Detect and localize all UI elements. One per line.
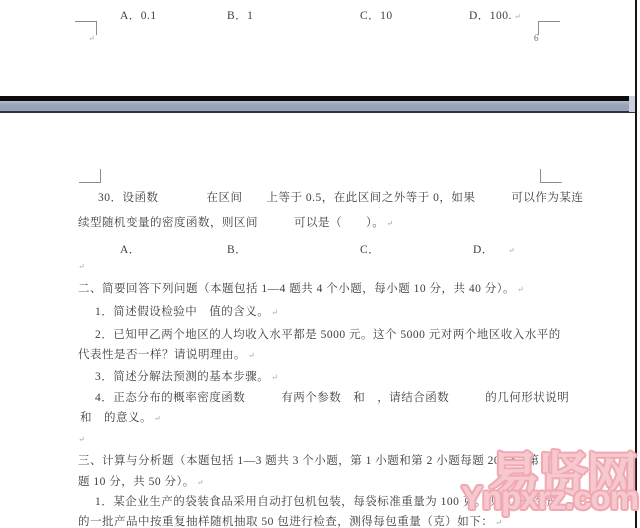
section-3-item-1-line-1: 1．某企业生产的袋装食品采用自动打包机包装，每袋标准重量为 100 克。现从某天… [95, 496, 559, 509]
paragraph-mark-icon: ↵ [508, 246, 515, 255]
section-2-item-4-line-2: 和 的意义。↵ [80, 412, 161, 425]
paragraph-mark-icon: ↵ [514, 12, 521, 21]
q30-option-d-label: D． [473, 244, 494, 256]
paragraph-mark-icon: ↵ [271, 373, 278, 382]
question-30-text: 30．设函数 在区间 上等于 0.5，在此区间之外等于 0，如果 可以作为某连 [98, 192, 583, 204]
paragraph-mark-icon: ↵ [154, 414, 161, 423]
window-right-border [635, 0, 637, 528]
paragraph-mark-icon: ↵ [248, 351, 255, 360]
section-3-header-line-1: 三、计算与分析题（本题包括 1—3 题共 3 个小题，第 1 小题和第 2 小题… [78, 455, 565, 468]
section-2-item-4-line-1: 4．正态分布的概率密度函数 有两个参数 和 ，请结合函数 的几何形状说明 [95, 392, 569, 405]
section-2-item-2-text: 代表性是否一样？请说明理由。 [78, 349, 246, 361]
margin-corner-bottom-right [538, 21, 560, 35]
section-2-item-1: 1．简述假设检验中 值的含义。↵ [95, 306, 278, 319]
section-2-item-3-text: 3．简述分解法预测的基本步骤。 [95, 371, 269, 383]
document-viewport: A．0.1 B．1 C．10 D．100.↵ ↵ 6 30．设函数 在区间 上等… [0, 0, 640, 528]
q30-option-b: B． [227, 241, 247, 257]
paragraph-mark-icon: ↵ [495, 518, 502, 527]
question-30-text: 续型随机变量的密度函数，则区间 可以是（ ）。 [78, 217, 384, 229]
section-3-header-text: 三、计算与分析题（本题包括 1—3 题共 3 个小题，第 1 小题和第 2 小题… [78, 455, 565, 467]
section-3-item-1-text: 的一批产品中按重复抽样随机抽取 50 包进行检查，测得每包重量（克）如下： [78, 516, 493, 528]
paragraph-mark-icon: ↵ [78, 262, 85, 271]
page-break-gap [0, 101, 635, 111]
section-3-header-line-2: 题 10 分，共 50 分）。↵ [78, 476, 203, 489]
paragraph-mark-icon: ↵ [517, 285, 524, 294]
section-2-header-text: 二、简要回答下列问题（本题包括 1—4 题共 4 个小题，每小题 10 分，共 … [78, 283, 515, 295]
question-30-line-2: 续型随机变量的密度函数，则区间 可以是（ ）。↵ [78, 217, 393, 230]
paragraph-mark-icon: ↵ [78, 435, 85, 444]
section-2-item-2-text: 2．已知甲乙两个地区的人均收入水平都是 5000 元。这个 5000 元对两个地… [95, 329, 561, 341]
page-number: 6 [534, 33, 539, 43]
q30-option-a: A． [120, 241, 141, 257]
section-2-item-2-line-2: 代表性是否一样？请说明理由。↵ [78, 349, 255, 362]
page-break-bottom-edge [0, 111, 635, 113]
section-2-item-1-text: 1．简述假设检验中 值的含义。 [95, 306, 269, 318]
answer-option-a: A．0.1 [120, 7, 157, 23]
section-2-item-4-text: 4．正态分布的概率密度函数 有两个参数 和 ，请结合函数 的几何形状说明 [95, 392, 569, 404]
paragraph-mark-icon: ↵ [271, 308, 278, 317]
section-2-header: 二、简要回答下列问题（本题包括 1—4 题共 4 个小题，每小题 10 分，共 … [78, 283, 524, 296]
section-2-item-2-line-1: 2．已知甲乙两个地区的人均收入水平都是 5000 元。这个 5000 元对两个地… [95, 329, 561, 342]
section-2-item-4-text: 和 的意义。 [80, 412, 152, 424]
section-3-item-1-text: 1．某企业生产的袋装食品采用自动打包机包装，每袋标准重量为 100 克。现从某天… [95, 496, 559, 508]
section-2-item-3: 3．简述分解法预测的基本步骤。↵ [95, 371, 278, 384]
margin-corner-top-left [79, 169, 101, 183]
paragraph-mark-icon: ↵ [88, 34, 95, 43]
paragraph-mark-icon: ↵ [386, 219, 393, 228]
section-3-item-1-line-2: 的一批产品中按重复抽样随机抽取 50 包进行检查，测得每包重量（克）如下：↵ [78, 516, 502, 528]
answer-option-b: B．1 [227, 7, 253, 23]
answer-option-d-label: D．100. [469, 10, 512, 22]
answer-option-c: C．10 [360, 7, 393, 23]
q30-option-c: C． [360, 241, 380, 257]
margin-corner-top-right [540, 169, 562, 183]
margin-corner-bottom-left [75, 21, 97, 35]
q30-option-d: D．↵ [473, 241, 515, 257]
section-3-header-text: 题 10 分，共 50 分）。 [78, 476, 195, 488]
answer-option-d: D．100.↵ [469, 7, 521, 23]
paragraph-mark-icon: ↵ [197, 478, 204, 487]
question-30-line-1: 30．设函数 在区间 上等于 0.5，在此区间之外等于 0，如果 可以作为某连 [98, 192, 583, 205]
